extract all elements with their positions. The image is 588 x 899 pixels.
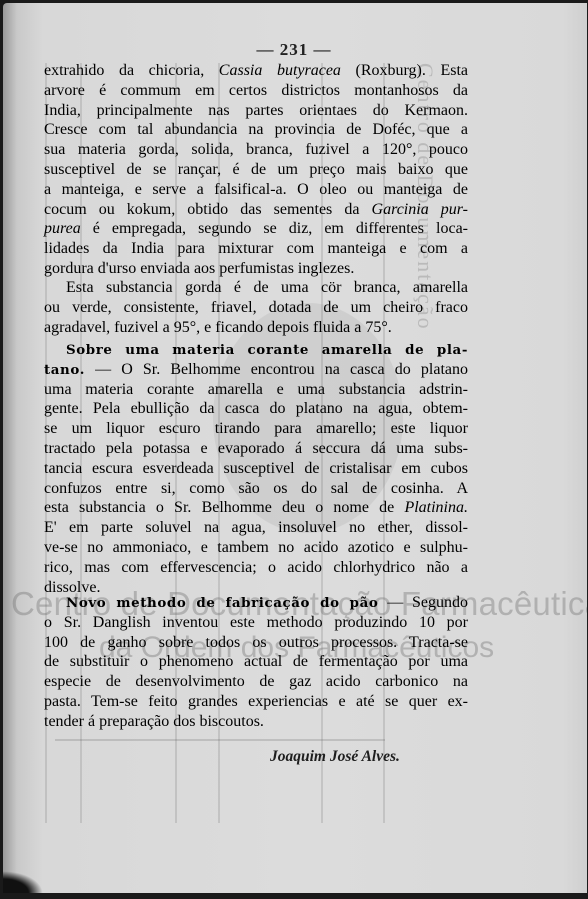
text-line: susceptivel de se rançar, é de um preço … (44, 161, 468, 181)
text-line: de substituir o phenomeno actual de ferm… (44, 653, 468, 673)
text-run: 100 de ganho sobre todos os outros proce… (44, 634, 468, 651)
text-run: tractado pela potassa e evaporado á secc… (44, 440, 468, 457)
text-line: tender á preparação dos biscoutos. (44, 713, 468, 733)
text-run: Esta substancia gorda é de uma cör branc… (66, 279, 468, 296)
text-line: purea é empregada, segundo se diz, em di… (44, 220, 468, 240)
text-run: Cresce com tal abundancia na provincia d… (44, 121, 468, 138)
text-line: 100 de ganho sobre todos os outros proce… (44, 634, 468, 654)
text-line: se um liquor escuro tirando para amarell… (44, 420, 468, 440)
paragraph-cassia-butyracea: extrahido da chicoria, Cassia butyracea … (44, 62, 468, 280)
text-run: esta substancia o Sr. Belhomme deu o nom… (44, 499, 404, 516)
text-line: uma materia corante amarella e uma subst… (44, 381, 468, 401)
paragraph-novo-methodo-pao: Novo methodo de fabricação do pão — Segu… (44, 594, 468, 733)
text-run: rico, mas com effervescencia; o acido ch… (44, 559, 468, 576)
text-run: lidades da India para mixturar com mante… (44, 240, 468, 257)
text-run: gente. Pela ebullição da casca do platan… (44, 400, 468, 417)
text-line: especie de desenvolvimento de gaz acido … (44, 673, 468, 693)
text-run: confuzos entre si, como são os do sal de… (44, 480, 468, 497)
text-line: esta substancia o Sr. Belhomme deu o nom… (44, 499, 468, 519)
text-run: gordura d'urso enviada aos perfumistas i… (44, 260, 354, 277)
text-run: arvore é commum em certos districtos mon… (44, 82, 468, 99)
author-signature: Joaquim José Alves. (270, 748, 400, 766)
text-run: — O Sr. Belhomme encontrou na casca do p… (85, 361, 468, 378)
text-line: sua materia gorda, solida, branca, fuziv… (44, 141, 468, 161)
text-line: ve-se no ammoniaco, e tambem no acido az… (44, 539, 468, 559)
section-heading-text: tano. (44, 362, 85, 378)
text-run: de substituir o phenomeno actual de ferm… (44, 653, 468, 670)
text-line: India, principalmente nas partes orienta… (44, 102, 468, 122)
text-run: extrahido da chicoria, (44, 62, 219, 79)
text-run: pasta. Tem-se feito grandes experiencias… (44, 693, 468, 710)
text-line: tancia escura esverdeada susceptivel de … (44, 460, 468, 480)
text-line: confuzos entre si, como são os do sal de… (44, 480, 468, 500)
text-line: Cresce com tal abundancia na provincia d… (44, 121, 468, 141)
text-run: susceptivel de se rançar, é de um preço … (44, 161, 468, 178)
text-line: ou verde, consistente, friavel, dotada d… (44, 299, 468, 319)
italic-term: Cassia butyracea (219, 62, 341, 79)
text-line: pasta. Tem-se feito grandes experiencias… (44, 693, 468, 713)
text-run: — Segundo (378, 594, 468, 611)
page-number: — 231 — (0, 40, 588, 60)
text-run: sua materia gorda, solida, branca, fuziv… (44, 141, 468, 158)
text-line: o Sr. Danglish inventou este methodo pro… (44, 614, 468, 634)
text-line: rico, mas com effervescencia; o acido ch… (44, 559, 468, 579)
text-run: uma materia corante amarella e uma subst… (44, 381, 468, 398)
text-run: cocum ou kokum, obtido das sementes da (44, 201, 372, 218)
text-run: ou verde, consistente, friavel, dotada d… (44, 299, 468, 316)
text-run: se um liquor escuro tirando para amarell… (44, 420, 468, 437)
section-heading-text: Sobre uma materia corante amarella de pl… (66, 342, 468, 358)
text-line: Esta substancia gorda é de uma cör branc… (44, 279, 468, 299)
text-line: Novo methodo de fabricação do pão — Segu… (44, 594, 468, 614)
paragraph-substancia-gorda: Esta substancia gorda é de uma cör branc… (44, 279, 468, 338)
text-line: lidades da India para mixturar com mante… (44, 240, 468, 260)
text-line: gordura d'urso enviada aos perfumistas i… (44, 260, 468, 280)
italic-term: Garcinia pur- (372, 201, 468, 218)
bleed-through-rule (55, 739, 385, 741)
text-run: especie de desenvolvimento de gaz acido … (44, 673, 468, 690)
text-run: é empregada, segundo se diz, em differen… (81, 220, 468, 237)
text-line: E' em parte soluvel na agua, insoluvel n… (44, 519, 468, 539)
text-run: dissolve. (44, 579, 100, 596)
italic-term: purea (44, 220, 81, 237)
section-heading: Sobre uma materia corante amarella de pl… (44, 341, 468, 361)
text-run: ve-se no ammoniaco, e tambem no acido az… (44, 539, 468, 556)
text-line: extrahido da chicoria, Cassia butyracea … (44, 62, 468, 82)
text-line: cocum ou kokum, obtido das sementes da G… (44, 201, 468, 221)
text-line: arvore é commum em certos districtos mon… (44, 82, 468, 102)
paragraph-materia-corante-platano: Sobre uma materia corante amarella de pl… (44, 341, 468, 598)
text-line: tano. — O Sr. Belhomme encontrou na casc… (44, 361, 468, 381)
text-run: tender á preparação dos biscoutos. (44, 713, 264, 730)
text-run: o Sr. Danglish inventou este methodo pro… (44, 614, 468, 631)
text-run: (Roxburg). Esta (341, 62, 468, 79)
text-run: E' em parte soluvel na agua, insoluvel n… (44, 519, 468, 536)
text-run: India, principalmente nas partes orienta… (44, 102, 468, 119)
text-line: tractado pela potassa e evaporado á secc… (44, 440, 468, 460)
text-line: gente. Pela ebullição da casca do platan… (44, 400, 468, 420)
text-line: agradavel, fuzivel a 95°, e ficando depo… (44, 319, 468, 339)
text-run: a manteiga, e serve a falsifical-a. O ol… (44, 181, 468, 198)
section-heading: Novo methodo de fabricação do pão (66, 595, 378, 611)
text-run: agradavel, fuzivel a 95°, e ficando depo… (44, 319, 392, 336)
italic-term: Platinina. (404, 499, 468, 516)
text-line: a manteiga, e serve a falsifical-a. O ol… (44, 181, 468, 201)
text-run: tancia escura esverdeada susceptivel de … (44, 460, 468, 477)
